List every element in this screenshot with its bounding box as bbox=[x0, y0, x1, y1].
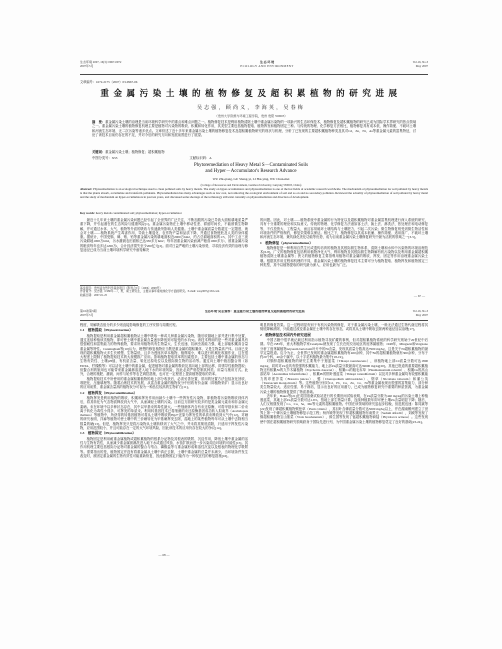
classification-line: 中图分类号：X53文献标识码：A bbox=[92, 155, 416, 160]
paper-title-zh: 重金属污染土壤的植物修复及超积累植物的研究进展 bbox=[0, 87, 502, 99]
page2-header-rule bbox=[80, 320, 428, 321]
authors-zh: 吴志强，顾尚义，李海英，吴春梅 bbox=[0, 104, 502, 111]
journal-volume-line2: May 2007 bbox=[413, 65, 428, 69]
abstract-zh: 摘 要：重金属污染土壤的治理是当前环境科学研究中的重点和难点问题之一。植物修复技… bbox=[92, 120, 416, 147]
clc-number: 中图分类号：X53 bbox=[92, 156, 117, 160]
page2-running-title: 生态环境·吴志强等：重金属污染土壤的植物修复及超积累植物的研究进展 bbox=[205, 310, 305, 314]
article-number: 文章编号：1672-2175（2007）03-0967-06 bbox=[80, 79, 137, 84]
section-1-paragraph: 植物修复是一种利用自然生长或遗传培育的植物及其根际微生物体系，清除土壤和水体中污… bbox=[260, 246, 428, 298]
paper-title-en-line2: and Hyper－Accumulator's Research Advance bbox=[0, 169, 502, 175]
page1-left-column: 最近十几年来土壤的重金属污染问题已经引起了全世界的广泛关注，不断加剧的污染已导致… bbox=[80, 218, 248, 298]
page1-right-column: 的问题。因此，对土壤——植物系统中重金属的行为特征以及超积累植物对重金属富集机理… bbox=[260, 218, 428, 298]
page2-issue-info: 第16卷第3期 2007年5月 bbox=[80, 310, 97, 318]
page2-volume-line2: May 2007 bbox=[413, 314, 428, 318]
page2-left-column: 程度，易解吸态组分的多少则直接影响修复的工序安排与周期长短。 1.1 植物提取（… bbox=[80, 323, 248, 557]
research-advance-paragraph-3: 近年来，Baker等[21]在英国洛桑试验站进行的长期田间试验表明，在Zn质量分… bbox=[260, 394, 428, 557]
keywords-zh: 关键词：重金属污染土壤；植物修复；超积累植物 bbox=[92, 149, 416, 154]
continued-line: 程度，易解吸态组分的多少则直接影响修复的工序安排与周期长短。 bbox=[80, 323, 248, 327]
affiliation-en: (College of Resources and Environment, G… bbox=[0, 183, 502, 187]
affiliation-zh: （贵州大学资源与环境工程学院，贵州 贵阳 550003） bbox=[0, 113, 502, 118]
paper-title-en: Phytoremediation of Heavy Metal S－Contam… bbox=[0, 163, 502, 175]
journal-issue-line2: 2007年5月 bbox=[80, 65, 121, 69]
section-1-3-heading: 1.3 植物固定（Phytostabilization） bbox=[80, 431, 248, 436]
authors-en: WU Zhi-qiang, GU Shang-yi, LI Hai-ying, … bbox=[0, 177, 502, 181]
page1-header-rule bbox=[80, 74, 428, 75]
keywords-en-text: heavy metals contaminated soil; phytorem… bbox=[96, 211, 182, 215]
page1-running-head: 生态环境 2007, 16(3): 0967-0972 2007年5月 生 态 … bbox=[80, 61, 428, 69]
research-advance-paragraph-2: 对镉锌超积累植物的研究主要集中于遏蓝菜（Thlaspi caerulescens… bbox=[260, 359, 428, 393]
footnote-received-date: 收稿日期：2007-01-25 bbox=[80, 294, 248, 298]
page1-number: — 67 — bbox=[414, 294, 425, 298]
intro-continued-paragraph: 的问题。因此，对土壤——植物系统中重金属的行为特征以及超积累植物对重金属富集机理… bbox=[260, 218, 428, 239]
document-code: 文献标识码：A bbox=[189, 156, 211, 160]
section-2-heading: 2 植物修复技术国内外研究进展 bbox=[260, 333, 428, 338]
keywords-zh-text: 重金属污染土壤；植物修复；超积累植物 bbox=[105, 150, 164, 154]
page2-running-head: 第16卷第3期 2007年5月 生态环境·吴志强等：重金属污染土壤的植物修复及超… bbox=[80, 310, 428, 318]
journal-volume-info: Vol.16, No.3 May 2007 bbox=[413, 61, 428, 69]
section-1-2-heading: 1.2 植物挥发（Phytovolatilization） bbox=[80, 391, 248, 396]
page2-right-column: 明显的修复效果。这一过程明显有别于有机污染物的修复，对于重金属污染土壤，一般无法… bbox=[260, 323, 428, 557]
journal-issue-info: 生态环境 2007, 16(3): 0967-0972 2007年5月 bbox=[80, 61, 121, 69]
page1-body-columns: 最近十几年来土壤的重金属污染问题已经引起了全世界的广泛关注，不断加剧的污染已导致… bbox=[80, 218, 428, 298]
research-advance-paragraph-1: 中国古籍中很早就记载过利用指示植物寻找矿藏的事例，但对超积累植物系统的科学研究则… bbox=[260, 338, 428, 359]
phytoextraction-paragraph-2: 植物提取技术中所使用的重金属积累植物的地上部分收获后，必须妥善处置，常用的处置方… bbox=[80, 377, 248, 390]
phytostabilization-paragraph: 植物固定是利用耐重金属植物或超积累植物的根系分泌物及其根表的吸附、沉淀作用，降低… bbox=[80, 437, 248, 552]
page2-volume-info: Vol.16, No.3 May 2007 bbox=[413, 310, 428, 318]
section-1-heading: 1 植物修复（phytoremediation） bbox=[260, 241, 428, 246]
page2-issue-line2: 2007年5月 bbox=[80, 314, 97, 318]
keywords-en-label: Key words: bbox=[80, 211, 95, 215]
abstract-zh-text: 重金属污染土壤的治理是当前环境科学研究中的重点和难点问题之一。植物修复技术是利用… bbox=[92, 120, 416, 137]
intro-paragraph: 最近十几年来土壤的重金属污染问题已经引起了全世界的广泛关注，不断加剧的污染已导致… bbox=[80, 218, 248, 282]
keywords-zh-label: 关键词： bbox=[92, 150, 105, 154]
section-continued-paragraph: 明显的修复效果。这一过程明显有别于有机污染物的修复，对于重金属污染土壤，一般无法… bbox=[260, 323, 428, 332]
footnote-rule bbox=[80, 285, 138, 286]
abstract-en: Abstract: Phytoremediation is an ecologi… bbox=[80, 188, 428, 211]
page2-body-columns: 程度，易解吸态组分的多少则直接影响修复的工序安排与周期长短。 1.1 植物提取（… bbox=[80, 323, 428, 557]
phytovolatilization-paragraph: 植物挥发是利用植物的吸收、积累和挥发作用而减少土壤中一些挥发性污染物，即植物将污… bbox=[80, 396, 248, 430]
phytoextraction-paragraph-1: 植物提取是利用重金属超积累植物从土壤中吸取一种或几种重金属污染物，随后收割地上部… bbox=[80, 334, 248, 377]
journal-name: 生 态 环 境 ECOLOGY AND ENVIRONMENT bbox=[240, 61, 293, 69]
keywords-en: Key words: heavy metals contaminated soi… bbox=[80, 211, 428, 215]
page2-number: — 68 — bbox=[80, 553, 248, 557]
abstract-en-text: Phytoremediation is an ecological techni… bbox=[80, 188, 428, 199]
section-1-1-heading: 1.1 植物提取（Phytoextraction） bbox=[80, 328, 248, 333]
scanned-paper-page: 生态环境 2007, 16(3): 0967-0972 2007年5月 生 态 … bbox=[0, 0, 502, 649]
journal-name-en: ECOLOGY AND ENVIRONMENT bbox=[240, 65, 293, 69]
